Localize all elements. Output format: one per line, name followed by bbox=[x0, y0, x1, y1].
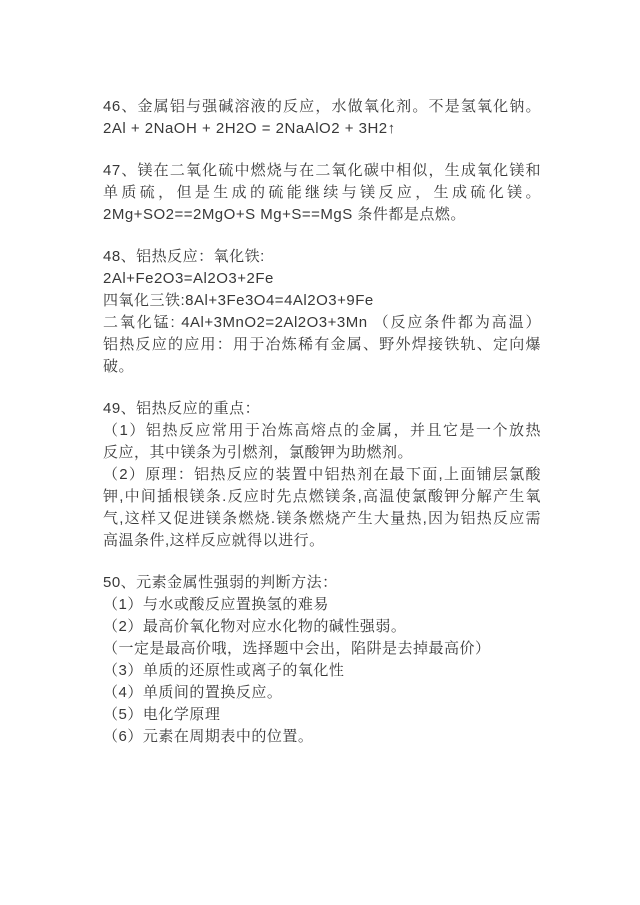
note-item-49: 49、铝热反应的重点：（1）铝热反应常用于冶炼高熔点的金属，并且它是一个放热反应… bbox=[103, 398, 541, 552]
document-page: 46、金属铝与强碱溶液的反应，水做氧化剂。不是氢氧化钠。2Al + 2NaOH … bbox=[0, 0, 640, 905]
notes-content: 46、金属铝与强碱溶液的反应，水做氧化剂。不是氢氧化钠。2Al + 2NaOH … bbox=[103, 96, 541, 768]
text-line: （5）电化学原理 bbox=[103, 704, 541, 726]
note-item-48: 48、铝热反应：氧化铁:2Al+Fe2O3=Al2O3+2Fe四氧化三铁:8Al… bbox=[103, 246, 541, 378]
note-item-47: 47、镁在二氧化硫中燃烧与在二氧化碳中相似，生成氧化镁和单质硫，但是生成的硫能继… bbox=[103, 160, 541, 226]
text-line: （一定是最高价哦，选择题中会出，陷阱是去掉最高价） bbox=[103, 638, 541, 660]
text-line: 高温条件,这样反应就得以进行。 bbox=[103, 530, 541, 552]
text-line: 2Al+Fe2O3=Al2O3+2Fe bbox=[103, 268, 541, 290]
text-line: 2Al + 2NaOH + 2H2O = 2NaAlO2 + 3H2↑ bbox=[103, 118, 541, 140]
text-line: 四氧化三铁:8Al+3Fe3O4=4Al2O3+9Fe bbox=[103, 290, 541, 312]
text-line: （2）最高价氧化物对应水化物的碱性强弱。 bbox=[103, 616, 541, 638]
text-line: 单质硫，但是生成的硫能继续与镁反应，生成硫化镁。 bbox=[103, 182, 541, 204]
text-line: 46、金属铝与强碱溶液的反应，水做氧化剂。不是氢氧化钠。 bbox=[103, 96, 541, 118]
text-line: 48、铝热反应：氧化铁: bbox=[103, 246, 541, 268]
text-line: （3）单质的还原性或离子的氧化性 bbox=[103, 660, 541, 682]
text-line: 钾,中间插根镁条.反应时先点燃镁条,高温使氯酸钾分解产生氧 bbox=[103, 486, 541, 508]
text-line: 二氧化锰: 4Al+3MnO2=2Al2O3+3Mn （反应条件都为高温） bbox=[103, 312, 541, 334]
note-item-46: 46、金属铝与强碱溶液的反应，水做氧化剂。不是氢氧化钠。2Al + 2NaOH … bbox=[103, 96, 541, 140]
text-line: 2Mg+SO2==2MgO+S Mg+S==MgS 条件都是点燃。 bbox=[103, 204, 541, 226]
text-line: （2）原理：铝热反应的装置中铝热剂在最下面,上面铺层氯酸 bbox=[103, 464, 541, 486]
text-line: 47、镁在二氧化硫中燃烧与在二氧化碳中相似，生成氧化镁和 bbox=[103, 160, 541, 182]
note-item-50: 50、元素金属性强弱的判断方法：（1）与水或酸反应置换氢的难易（2）最高价氧化物… bbox=[103, 572, 541, 748]
text-line: （1）铝热反应常用于冶炼高熔点的金属，并且它是一个放热 bbox=[103, 420, 541, 442]
text-line: （4）单质间的置换反应。 bbox=[103, 682, 541, 704]
text-line: （6）元素在周期表中的位置。 bbox=[103, 726, 541, 748]
text-line: （1）与水或酸反应置换氢的难易 bbox=[103, 594, 541, 616]
text-line: 破。 bbox=[103, 356, 541, 378]
text-line: 铝热反应的应用：用于冶炼稀有金属、野外焊接铁轨、定向爆 bbox=[103, 334, 541, 356]
text-line: 50、元素金属性强弱的判断方法： bbox=[103, 572, 541, 594]
text-line: 49、铝热反应的重点： bbox=[103, 398, 541, 420]
text-line: 气,这样又促进镁条燃烧.镁条燃烧产生大量热,因为铝热反应需 bbox=[103, 508, 541, 530]
screenshot-root: { "page": { "background_color": "#ffffff… bbox=[0, 0, 640, 905]
text-line: 反应，其中镁条为引燃剂，氯酸钾为助燃剂。 bbox=[103, 442, 541, 464]
